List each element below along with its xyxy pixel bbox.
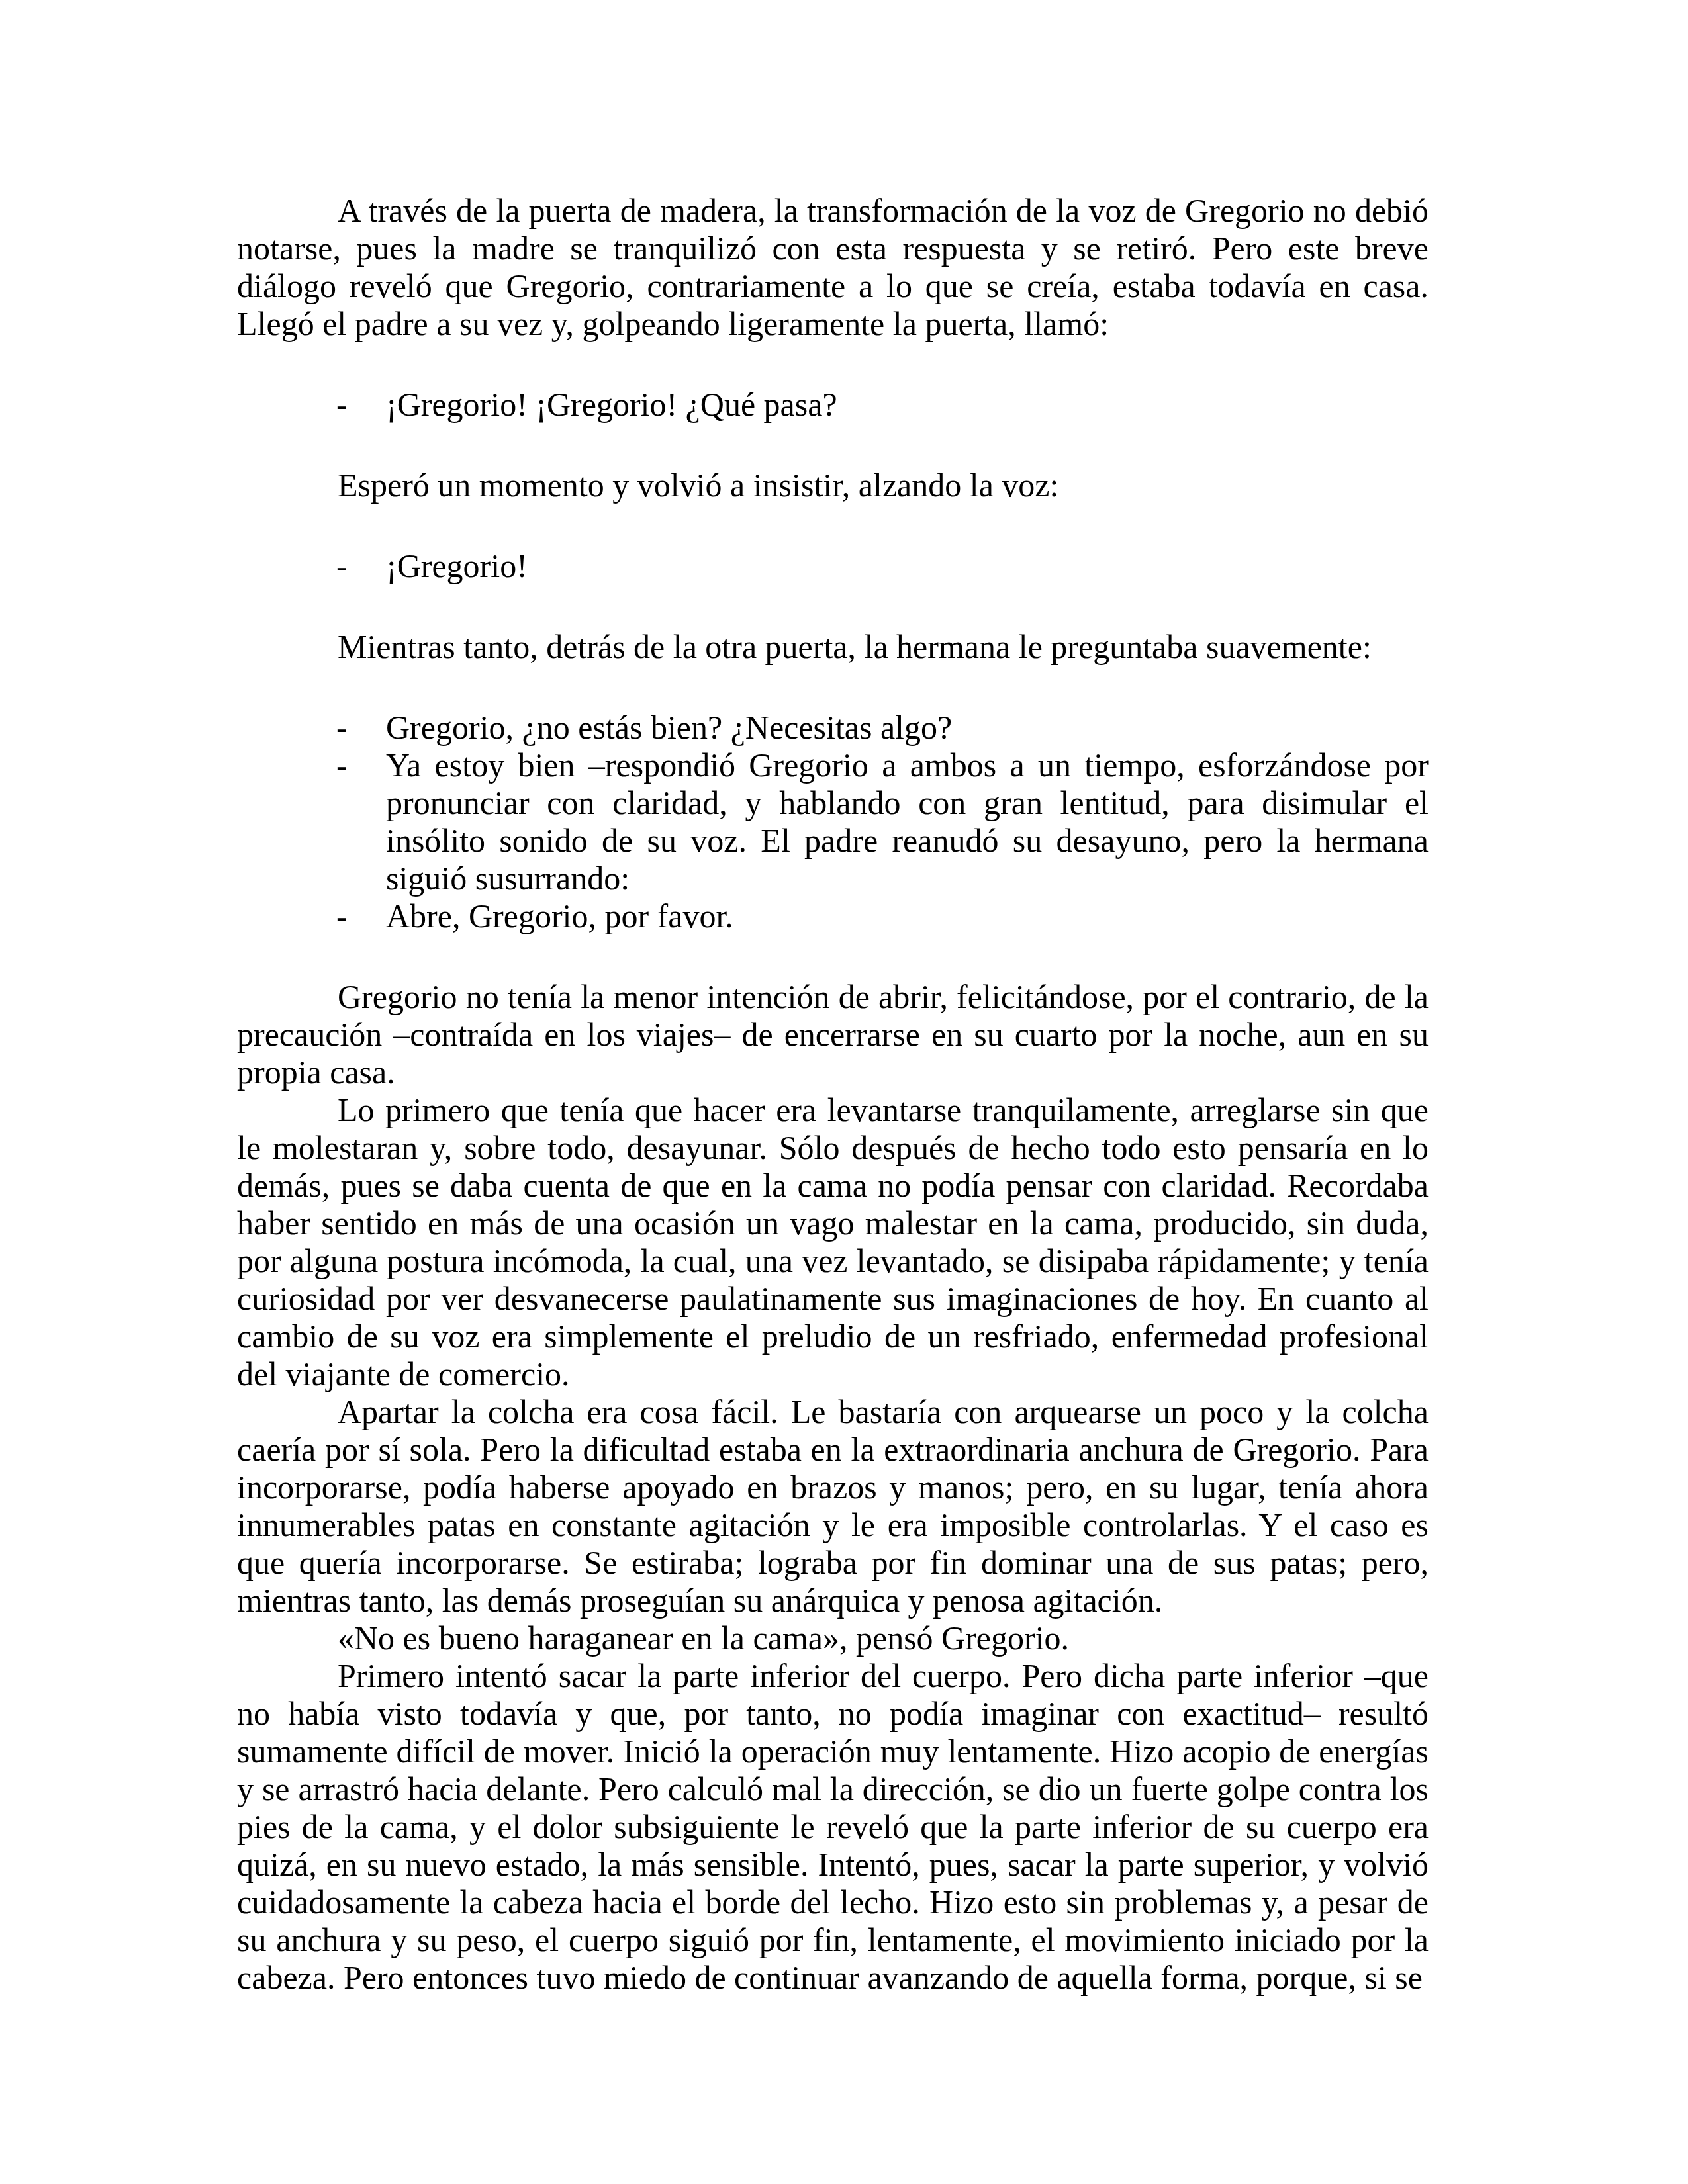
dialogue-text: Ya estoy bien –respondió Gregorio a ambo…: [386, 747, 1429, 897]
dialogue-line: - Abre, Gregorio, por favor.: [237, 897, 1429, 935]
paragraph: A través de la puerta de madera, la tran…: [237, 192, 1429, 343]
dialogue-line: - Gregorio, ¿no estás bien? ¿Necesitas a…: [237, 709, 1429, 747]
dash-marker: -: [336, 747, 348, 784]
blank-line: [237, 424, 1429, 467]
blank-line: [237, 935, 1429, 978]
dialogue-line: - Ya estoy bien –respondió Gregorio a am…: [237, 747, 1429, 897]
dash-marker: -: [336, 547, 348, 585]
dash-marker: -: [336, 897, 348, 935]
paragraph: «No es bueno haraganear en la cama», pen…: [237, 1619, 1429, 1657]
dialogue-text: ¡Gregorio! ¡Gregorio! ¿Qué pasa?: [386, 386, 837, 423]
dialogue-line: - ¡Gregorio! ¡Gregorio! ¿Qué pasa?: [237, 386, 1429, 424]
dialogue-text: ¡Gregorio!: [386, 547, 528, 584]
dash-marker: -: [336, 386, 348, 424]
document-text: A través de la puerta de madera, la tran…: [237, 192, 1429, 1997]
blank-line: [237, 585, 1429, 628]
paragraph: Primero intentó sacar la parte inferior …: [237, 1657, 1429, 1997]
dialogue-text: Gregorio, ¿no estás bien? ¿Necesitas alg…: [386, 709, 952, 746]
dialogue-line: - ¡Gregorio!: [237, 547, 1429, 585]
dialogue-text: Abre, Gregorio, por favor.: [386, 897, 733, 934]
blank-line: [237, 666, 1429, 709]
blank-line: [237, 504, 1429, 547]
dash-marker: -: [336, 709, 348, 747]
paragraph: Mientras tanto, detrás de la otra puerta…: [237, 628, 1429, 666]
blank-line: [237, 343, 1429, 386]
paragraph: Gregorio no tenía la menor intención de …: [237, 978, 1429, 1091]
paragraph: Lo primero que tenía que hacer era levan…: [237, 1091, 1429, 1393]
paragraph: Apartar la colcha era cosa fácil. Le bas…: [237, 1393, 1429, 1619]
document-page: A través de la puerta de madera, la tran…: [0, 0, 1688, 2184]
paragraph: Esperó un momento y volvió a insistir, a…: [237, 467, 1429, 504]
